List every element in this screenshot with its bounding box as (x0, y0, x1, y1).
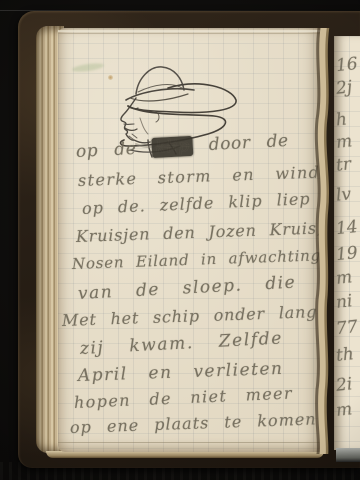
handwriting-fragment: lv (335, 184, 352, 205)
handwriting-fragment: 2j (335, 77, 353, 99)
notebook-photo: op de klip door de sterke storm en wind … (0, 0, 360, 480)
handwriting-fragment: m (335, 267, 353, 289)
green-smudge-stain (72, 62, 105, 73)
handwriting-line: April en verlieten (78, 361, 284, 385)
gutter-fold (310, 28, 336, 454)
page-bottom-edge-line (58, 442, 322, 443)
handwriting-line: hopen de niet meer (74, 385, 294, 411)
page-top-edge-line (58, 33, 322, 34)
right-page-bottom-shadow (336, 448, 360, 462)
page-stack-bottom-edge (46, 451, 324, 458)
handwriting-fragment: 2i (335, 374, 353, 396)
right-page-sliver: 16 2j h m tr lv 14 19 m ni 77 th 2i m (334, 36, 360, 450)
handwriting-fragment: 16 (335, 54, 359, 76)
handwriting-line: sterke storm en wind (78, 165, 321, 189)
handwriting-word: door de (208, 131, 289, 155)
handwriting-fragment: ni (335, 291, 353, 313)
handwriting-fragment: 77 (335, 317, 359, 339)
handwriting-line: op de. zelfde klip liep (82, 191, 311, 217)
handwriting-line: Nosen Eiland in afwachting (72, 248, 322, 272)
handwriting-line: van de sloep. die (78, 275, 297, 303)
handwriting-fragment: m (335, 131, 353, 153)
left-page: op de klip door de sterke storm en wind … (58, 28, 322, 452)
handwriting-fragment: m (335, 399, 353, 421)
handwriting-fragment: tr (335, 154, 352, 175)
handwriting-fragment: th (335, 344, 355, 366)
scratched-out-word: klip (152, 136, 193, 158)
handwriting-line: Kruisjen den Jozen Kruis, (76, 220, 323, 245)
handwriting-line: zij kwam. Zelfde (80, 330, 284, 358)
handwriting-fragment: 19 (335, 243, 359, 265)
handwriting-fragment: 14 (335, 217, 359, 239)
handwriting-word: op de (75, 139, 136, 162)
page-top-highlight (58, 30, 322, 32)
handwriting-line: Met het schip onder lang (62, 304, 318, 329)
handwriting-line: op ene plaats te komen (70, 411, 317, 436)
handwriting-fragment: h (335, 109, 348, 130)
